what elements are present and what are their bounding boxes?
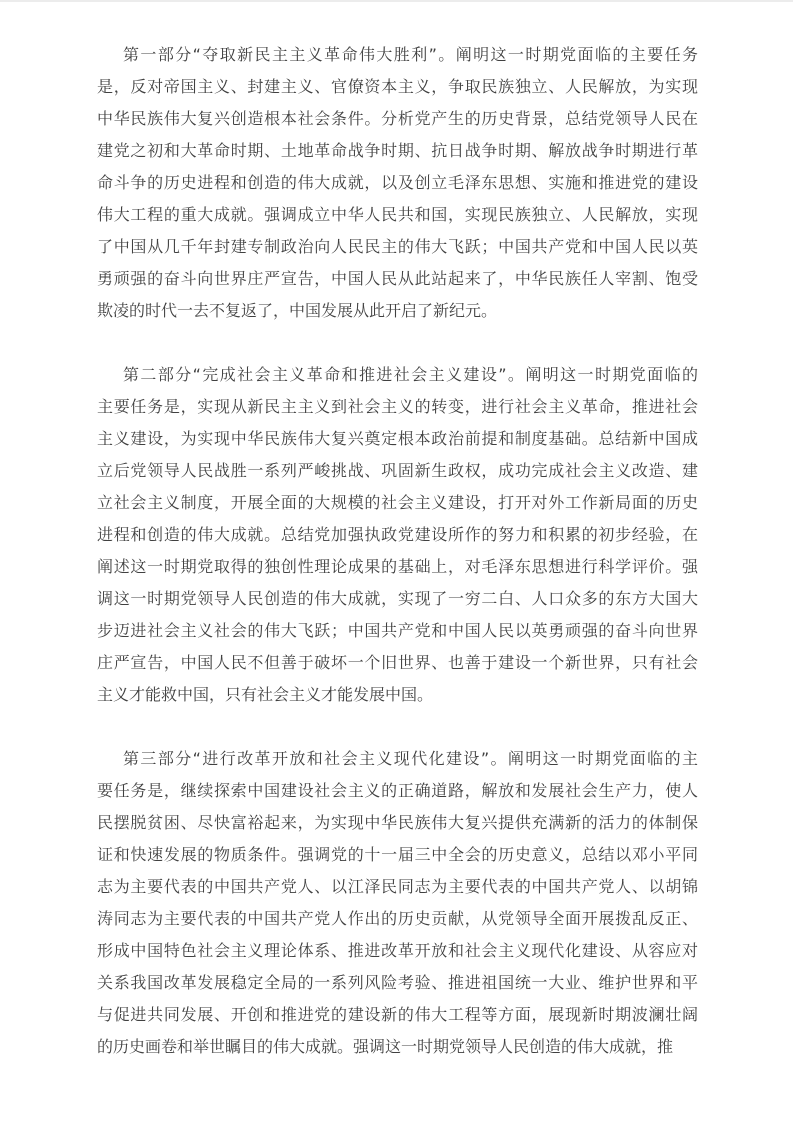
text-line: 建党之初和大革命时期、土地革命战争时期、抗日战争时期、解放战争时期进行革 xyxy=(97,135,698,167)
paragraph: 第三部分“进行改革开放和社会主义现代化建设”。阐明这一时期党面临的主要任务是，继… xyxy=(97,743,698,1063)
text-line: 主要任务是，实现从新民主主义到社会主义的转变，进行社会主义革命，推进社会 xyxy=(97,391,698,423)
text-line: 第二部分“完成社会主义革命和推进社会主义建设”。阐明这一时期党面临的 xyxy=(97,359,698,391)
text-line: 形成中国特色社会主义理论体系、推进改革开放和社会主义现代化建设、从容应对 xyxy=(97,935,698,967)
text-line: 与促进共同发展、开创和推进党的建设新的伟大工程等方面，展现新时期波澜壮阔 xyxy=(97,999,698,1031)
text-line: 欺凌的时代一去不复返了，中国发展从此开启了新纪元。 xyxy=(97,295,698,327)
text-line: 进程和创造的伟大成就。总结党加强执政党建设所作的努力和积累的初步经验，在 xyxy=(97,519,698,551)
page-top-edge xyxy=(0,0,793,2)
document-body: 第一部分“夺取新民主主义革命伟大胜利”。阐明这一时期党面临的主要任务是，反对帝国… xyxy=(97,39,698,1063)
paragraph: 第一部分“夺取新民主主义革命伟大胜利”。阐明这一时期党面临的主要任务是，反对帝国… xyxy=(97,39,698,327)
text-line: 伟大工程的重大成就。强调成立中华人民共和国，实现民族独立、人民解放，实现 xyxy=(97,199,698,231)
text-line: 民摆脱贫困、尽快富裕起来，为实现中华民族伟大复兴提供充满新的活力的体制保 xyxy=(97,807,698,839)
text-line: 主义建设，为实现中华民族伟大复兴奠定根本政治前提和制度基础。总结新中国成 xyxy=(97,423,698,455)
text-line: 关系我国改革发展稳定全局的一系列风险考验、推进祖国统一大业、维护世界和平 xyxy=(97,967,698,999)
text-line: 庄严宣告，中国人民不但善于破坏一个旧世界、也善于建设一个新世界，只有社会 xyxy=(97,647,698,679)
text-line: 调这一时期党领导人民创造的伟大成就，实现了一穷二白、人口众多的东方大国大 xyxy=(97,583,698,615)
text-line: 证和快速发展的物质条件。强调党的十一届三中全会的历史意义，总结以邓小平同 xyxy=(97,839,698,871)
text-line: 的历史画卷和举世瞩目的伟大成就。强调这一时期党领导人民创造的伟大成就，推 xyxy=(97,1031,698,1063)
text-line: 步迈进社会主义社会的伟大飞跃；中国共产党和中国人民以英勇顽强的奋斗向世界 xyxy=(97,615,698,647)
document-page: 第一部分“夺取新民主主义革命伟大胜利”。阐明这一时期党面临的主要任务是，反对帝国… xyxy=(0,0,793,1122)
text-line: 志为主要代表的中国共产党人、以江泽民同志为主要代表的中国共产党人、以胡锦 xyxy=(97,871,698,903)
text-line: 是，反对帝国主义、封建主义、官僚资本主义，争取民族独立、人民解放，为实现 xyxy=(97,71,698,103)
text-line: 立社会主义制度，开展全面的大规模的社会主义建设，打开对外工作新局面的历史 xyxy=(97,487,698,519)
text-line: 阐述这一时期党取得的独创性理论成果的基础上，对毛泽东思想进行科学评价。强 xyxy=(97,551,698,583)
text-line: 要任务是，继续探索中国建设社会主义的正确道路，解放和发展社会生产力，使人 xyxy=(97,775,698,807)
text-line: 命斗争的历史进程和创造的伟大成就，以及创立毛泽东思想、实施和推进党的建设 xyxy=(97,167,698,199)
text-line: 立后党领导人民战胜一系列严峻挑战、巩固新生政权，成功完成社会主义改造、建 xyxy=(97,455,698,487)
text-line: 涛同志为主要代表的中国共产党人作出的历史贡献，从党领导全面开展拨乱反正、 xyxy=(97,903,698,935)
text-line: 第一部分“夺取新民主主义革命伟大胜利”。阐明这一时期党面临的主要任务 xyxy=(97,39,698,71)
text-line: 勇顽强的奋斗向世界庄严宣告，中国人民从此站起来了，中华民族任人宰割、饱受 xyxy=(97,263,698,295)
text-line: 第三部分“进行改革开放和社会主义现代化建设”。阐明这一时期党面临的主 xyxy=(97,743,698,775)
text-line: 了中国从几千年封建专制政治向人民民主的伟大飞跃；中国共产党和中国人民以英 xyxy=(97,231,698,263)
text-line: 主义才能救中国，只有社会主义才能发展中国。 xyxy=(97,679,698,711)
paragraph: 第二部分“完成社会主义革命和推进社会主义建设”。阐明这一时期党面临的主要任务是，… xyxy=(97,359,698,711)
text-line: 中华民族伟大复兴创造根本社会条件。分析党产生的历史背景，总结党领导人民在 xyxy=(97,103,698,135)
